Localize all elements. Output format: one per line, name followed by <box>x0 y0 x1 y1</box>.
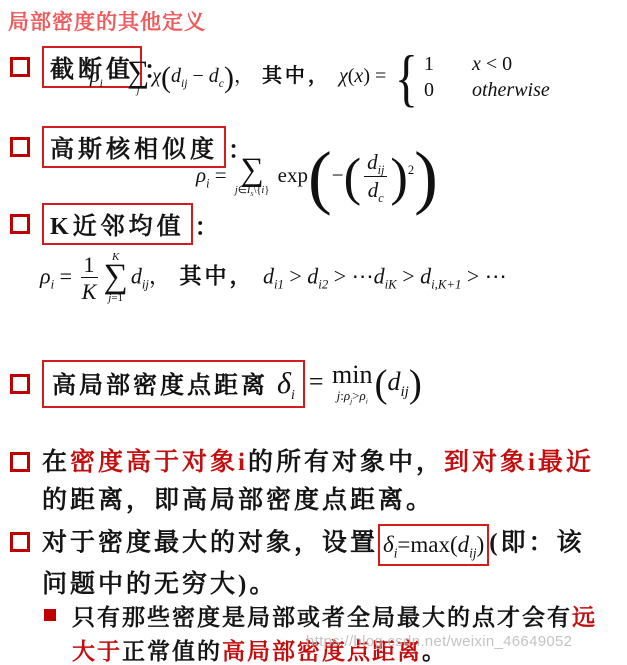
formula-token: < 0 <box>481 53 512 75</box>
formula-token: = <box>209 163 231 187</box>
text-segment: 在 <box>42 449 70 476</box>
formula-token: i,K+1 <box>431 278 461 292</box>
explanation-2-post: (即：该 <box>489 530 584 557</box>
formula-token: − <box>332 163 344 187</box>
formula-token: > <box>284 263 307 288</box>
formula-token: ) <box>477 532 485 557</box>
formula-token: d <box>209 65 219 87</box>
explanation-1-line-2: 的距离，即高局部密度点距离。 <box>42 482 594 520</box>
formula-token: K∑j=1 <box>104 252 128 304</box>
formula-token: i1 <box>274 278 284 292</box>
formula-token: otherwise <box>472 79 550 102</box>
text-segment: 只有那些密度是局部或者全局最大的点才会有 <box>72 605 572 630</box>
formula-token: = <box>309 367 330 396</box>
formula-token: j <box>137 85 140 96</box>
sub-bullet-line-1: 只有那些密度是局部或者全局最大的点才会有远 <box>72 601 597 635</box>
formula-token: otherwise <box>472 79 550 101</box>
page-title: 局部密度的其他定义 <box>8 6 206 36</box>
gaussian-term-label: 高斯核相似度 <box>50 137 218 163</box>
formula-token: = <box>103 65 124 87</box>
bullet-explanation-2: 对于密度最大的对象，设置δi=max(dij)(即：该 问题中的无穷大)。 <box>10 524 585 604</box>
bullet-checkbox-icon <box>10 452 30 472</box>
formula-token: j:ρj>ρi <box>337 388 368 405</box>
formula-token: dij <box>364 150 387 177</box>
formula-token: 高局部密度点距离 <box>52 373 277 399</box>
bullet-checkbox-icon <box>10 532 30 552</box>
formula-token: j∈IS\{i} <box>235 185 270 198</box>
explanation-1-line-1: 在密度高于对象i的所有对象中，到对象i最近 <box>42 444 594 482</box>
formula-token: ij <box>469 546 476 561</box>
formula-token: 1x < 0 <box>424 53 550 76</box>
text-segment: 的所有对象中， <box>248 449 444 476</box>
formula-token: ∑j <box>127 59 149 96</box>
formula-token: min <box>332 362 372 388</box>
formula-token: dijdc <box>364 150 387 205</box>
formula-token: > <box>397 263 420 288</box>
formula-token: d <box>131 263 142 288</box>
formula-token: > ⋯ <box>461 263 506 288</box>
formula-token: d <box>307 263 318 288</box>
formula-token: δ <box>383 532 394 557</box>
bullet-explanation-1: 在密度高于对象i的所有对象中，到对象i最近 的距离，即高局部密度点距离。 <box>10 444 594 520</box>
formula-token: {1x < 00otherwise <box>391 52 550 103</box>
formula-token: } <box>264 185 269 196</box>
formula-token: 其中， <box>254 65 339 87</box>
text-segment: 正常值的 <box>122 639 222 664</box>
formula-token: j=1 <box>108 292 123 304</box>
delta-term-box: 高局部密度点距离 δi <box>42 360 305 408</box>
formula-token: x <box>472 53 481 75</box>
text-segment: 到对象i最近 <box>444 449 594 476</box>
formula-token: i <box>291 388 295 403</box>
formula-token: d <box>263 263 274 288</box>
formula-token: ( <box>308 138 332 217</box>
formula-token: i <box>366 397 368 406</box>
formula-token: ( <box>344 148 361 206</box>
formula-token: χ <box>152 65 161 87</box>
formula-token: ) <box>390 148 407 206</box>
formula-token: K <box>82 278 97 304</box>
formula-token: 0 <box>424 79 446 102</box>
formula-token: =max( <box>397 532 457 557</box>
knn-term-label: K近邻均值 <box>50 214 185 240</box>
formula-token: − <box>188 65 209 87</box>
slide-root: 局部密度的其他定义 截断值： ρi = ∑jχ(dij − dc)， 其中， χ… <box>0 0 627 665</box>
formula-token: ∈ <box>238 185 247 196</box>
formula-token: x <box>354 65 363 87</box>
text-segment: 的距离，即高局部密度点距离。 <box>42 487 434 514</box>
formula-token: ) = <box>363 65 391 87</box>
bullet-checkbox-icon <box>10 137 30 157</box>
knn-term-box: K近邻均值 <box>42 203 193 245</box>
formula-token: j <box>137 85 140 96</box>
formula-token: δ <box>277 367 291 400</box>
formula-token: ρ <box>40 263 51 288</box>
formula-delta-min: = minj:ρj>ρi(dij) <box>309 367 422 396</box>
formula-token: 其中， <box>171 263 263 288</box>
explanation-2-pre: 对于密度最大的对象，设置 <box>42 530 378 557</box>
formula-token: d <box>458 532 470 557</box>
formula-token: 1K <box>81 252 98 305</box>
bullet-square-icon <box>44 609 56 621</box>
formula-token: = <box>54 263 77 288</box>
formula-token: > ⋯ <box>328 263 373 288</box>
formula-delta-max-boxed: δi=max(dij) <box>378 524 489 566</box>
knn-colon: ： <box>195 215 222 241</box>
formula-knn: ρi = 1KK∑j=1dij， 其中， di1 > di2 > ⋯diK > … <box>40 252 507 305</box>
formula-cutoff: ρi = ∑jχ(dij − dc)， 其中， χ(x) = {1x < 00o… <box>90 52 550 103</box>
bullet-checkbox-icon <box>10 57 30 77</box>
formula-token: ∑j∈IS\{i} <box>235 157 270 198</box>
formula-token: minj:ρj>ρi <box>332 362 372 405</box>
formula-token: =1 <box>111 292 123 304</box>
explanation-2-line-2: 问题中的无穷大)。 <box>42 566 585 604</box>
bullet-knn-mean: K近邻均值： <box>10 203 222 245</box>
formula-token: i2 <box>318 278 328 292</box>
formula-token: 1 <box>424 53 434 75</box>
formula-token: d <box>367 150 378 174</box>
bullet-checkbox-icon <box>10 374 30 394</box>
bullet-checkbox-icon <box>10 214 30 234</box>
formula-token: 1x < 00otherwise <box>424 53 550 102</box>
formula-token: ) <box>224 61 234 94</box>
formula-token: { <box>395 52 418 103</box>
text-segment: 远 <box>572 605 597 630</box>
explanation-2-line-1: 对于密度最大的对象，设置δi=max(dij)(即：该 <box>42 524 585 566</box>
formula-token: 0 <box>424 79 434 101</box>
formula-token: d <box>374 263 385 288</box>
formula-token: c <box>378 192 383 206</box>
bullet-delta-definition: 高局部密度点距离 δi= minj:ρj>ρi(dij) <box>10 360 422 408</box>
formula-token: χ <box>339 65 348 87</box>
formula-token: ij <box>400 384 408 400</box>
formula-token: ij <box>378 163 385 177</box>
formula-token: ， <box>149 263 171 288</box>
formula-token: ) <box>409 362 422 405</box>
formula-token: ∑ <box>241 157 264 185</box>
formula-token: iK <box>385 278 397 292</box>
formula-token: 0otherwise <box>424 79 550 102</box>
formula-token: d <box>420 263 431 288</box>
formula-token: d <box>368 178 379 202</box>
formula-token: d <box>171 65 181 87</box>
formula-token: ij <box>142 278 149 292</box>
formula-token: ∑ <box>127 59 149 85</box>
formula-token: x < 0 <box>472 53 512 76</box>
formula-token: ) <box>414 138 438 217</box>
formula-token: 1 <box>84 252 95 277</box>
formula-token: ρ <box>90 65 100 87</box>
csdn-watermark: https://blog.csdn.net/weixin_46649052 <box>306 633 572 650</box>
formula-token: ( <box>161 61 171 94</box>
formula-token: 1 <box>81 252 98 278</box>
text-segment: 密度高于对象i <box>70 449 248 476</box>
formula-token: exp <box>272 163 308 187</box>
formula-token: 1 <box>424 53 446 76</box>
formula-gaussian: ρi = ∑j∈IS\{i} exp(−(dijdc)2) <box>196 150 438 205</box>
formula-token: dc <box>368 177 384 204</box>
formula-token: ( <box>374 362 387 405</box>
formula-token: ， <box>234 65 254 87</box>
formula-token: d <box>387 367 400 396</box>
formula-token: ρ <box>196 163 206 187</box>
formula-token: > <box>352 388 359 403</box>
formula-token: K <box>82 279 97 304</box>
text-segment: 大于 <box>72 639 122 664</box>
formula-token: ∑ <box>104 263 128 292</box>
